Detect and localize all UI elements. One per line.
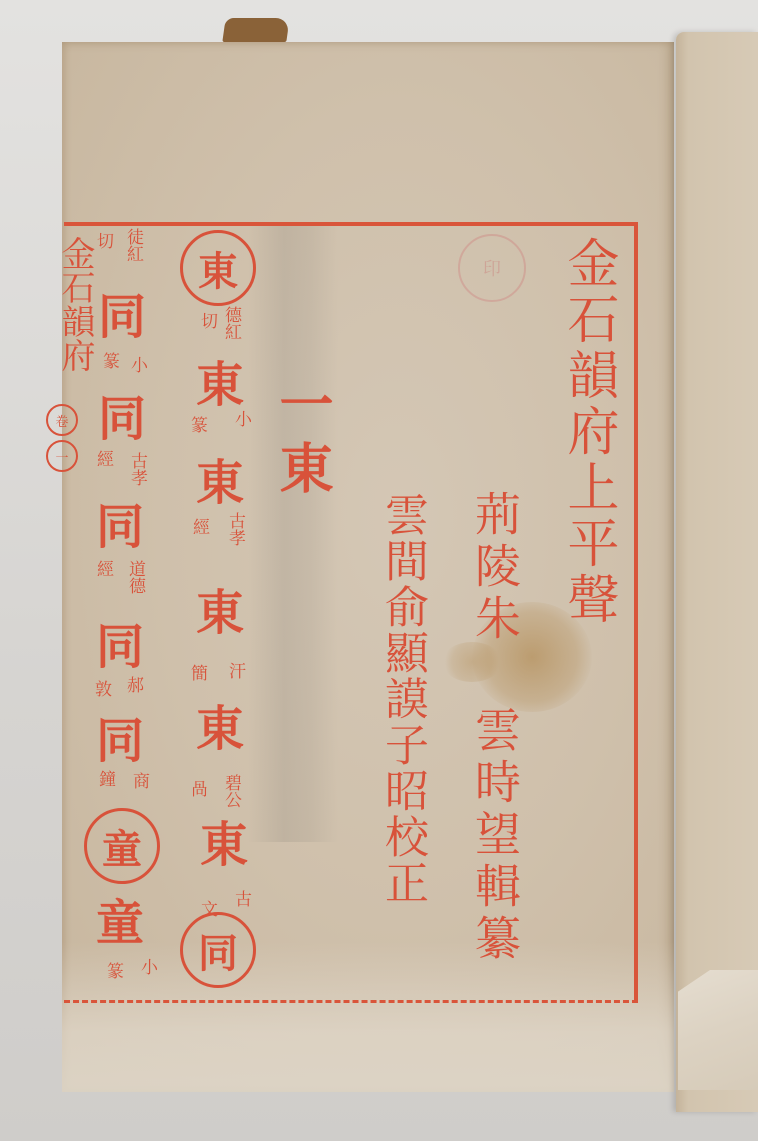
source-note: 古孝 (226, 512, 243, 546)
source-note: 篆 (188, 416, 205, 433)
head-character-seal: 同 (180, 912, 256, 988)
facing-page-edge (676, 32, 758, 1112)
seal-glyph: 同 (92, 614, 148, 670)
fanqie-note: 德紅 (222, 306, 239, 340)
source-note: 小 (138, 958, 155, 975)
source-note: 古 (232, 890, 249, 907)
seal-glyph: 東 (192, 580, 248, 636)
seal-glyph: 同 (94, 284, 150, 340)
source-note: 篆 (104, 962, 121, 979)
fanqie-note: 切 (198, 312, 215, 329)
seal-glyph: 東 (192, 352, 248, 408)
folded-corner (678, 970, 758, 1090)
book-title: 金石韻府上平聲 (562, 236, 614, 628)
seal-glyph: 東 (192, 450, 248, 506)
source-note: 碧公 (222, 774, 239, 808)
seal-glyph: 東 (192, 696, 248, 752)
faint-ownership-stamp: 印 (458, 234, 526, 302)
source-note: 咼 (188, 780, 205, 797)
source-note: 經 (94, 450, 111, 467)
head-character-seal: 童 (84, 808, 160, 884)
head-character-seal: 東 (180, 230, 256, 306)
compiler-credit: 荊陵朱 雲時望輯纂 (472, 490, 518, 966)
margin-title: 金石韻府 (58, 236, 92, 372)
source-note: 經 (190, 518, 207, 535)
page-border-frame (64, 222, 638, 1003)
source-note: 敦 (92, 680, 109, 697)
source-note: 道德 (126, 560, 143, 594)
volume-seal: 卷 (46, 404, 78, 436)
source-note: 簡 (188, 664, 205, 681)
fanqie-note: 切 (94, 232, 111, 249)
source-note: 汗 (226, 662, 243, 679)
source-note: 經 (94, 560, 111, 577)
seal-glyph: 東 (196, 812, 252, 868)
volume-number-seal: 一 (46, 440, 78, 472)
source-note: 鐘 (96, 770, 113, 787)
paper-tab-fragment (222, 18, 289, 42)
source-note: 小 (232, 410, 249, 427)
editor-credit: 雲間俞顯謨子昭校正 (380, 492, 424, 906)
source-note: 小 (128, 356, 145, 373)
rhyme-heading: 一東 (276, 376, 330, 504)
source-note: 郝 (124, 676, 141, 693)
source-note: 古孝 (128, 452, 145, 486)
seal-glyph: 同 (94, 386, 150, 442)
source-note: 商 (130, 772, 147, 789)
seal-glyph: 童 (92, 890, 148, 946)
seal-glyph: 同 (92, 494, 148, 550)
fanqie-note: 徒紅 (124, 228, 141, 262)
seal-glyph: 同 (92, 708, 148, 764)
source-note: 篆 (100, 352, 117, 369)
